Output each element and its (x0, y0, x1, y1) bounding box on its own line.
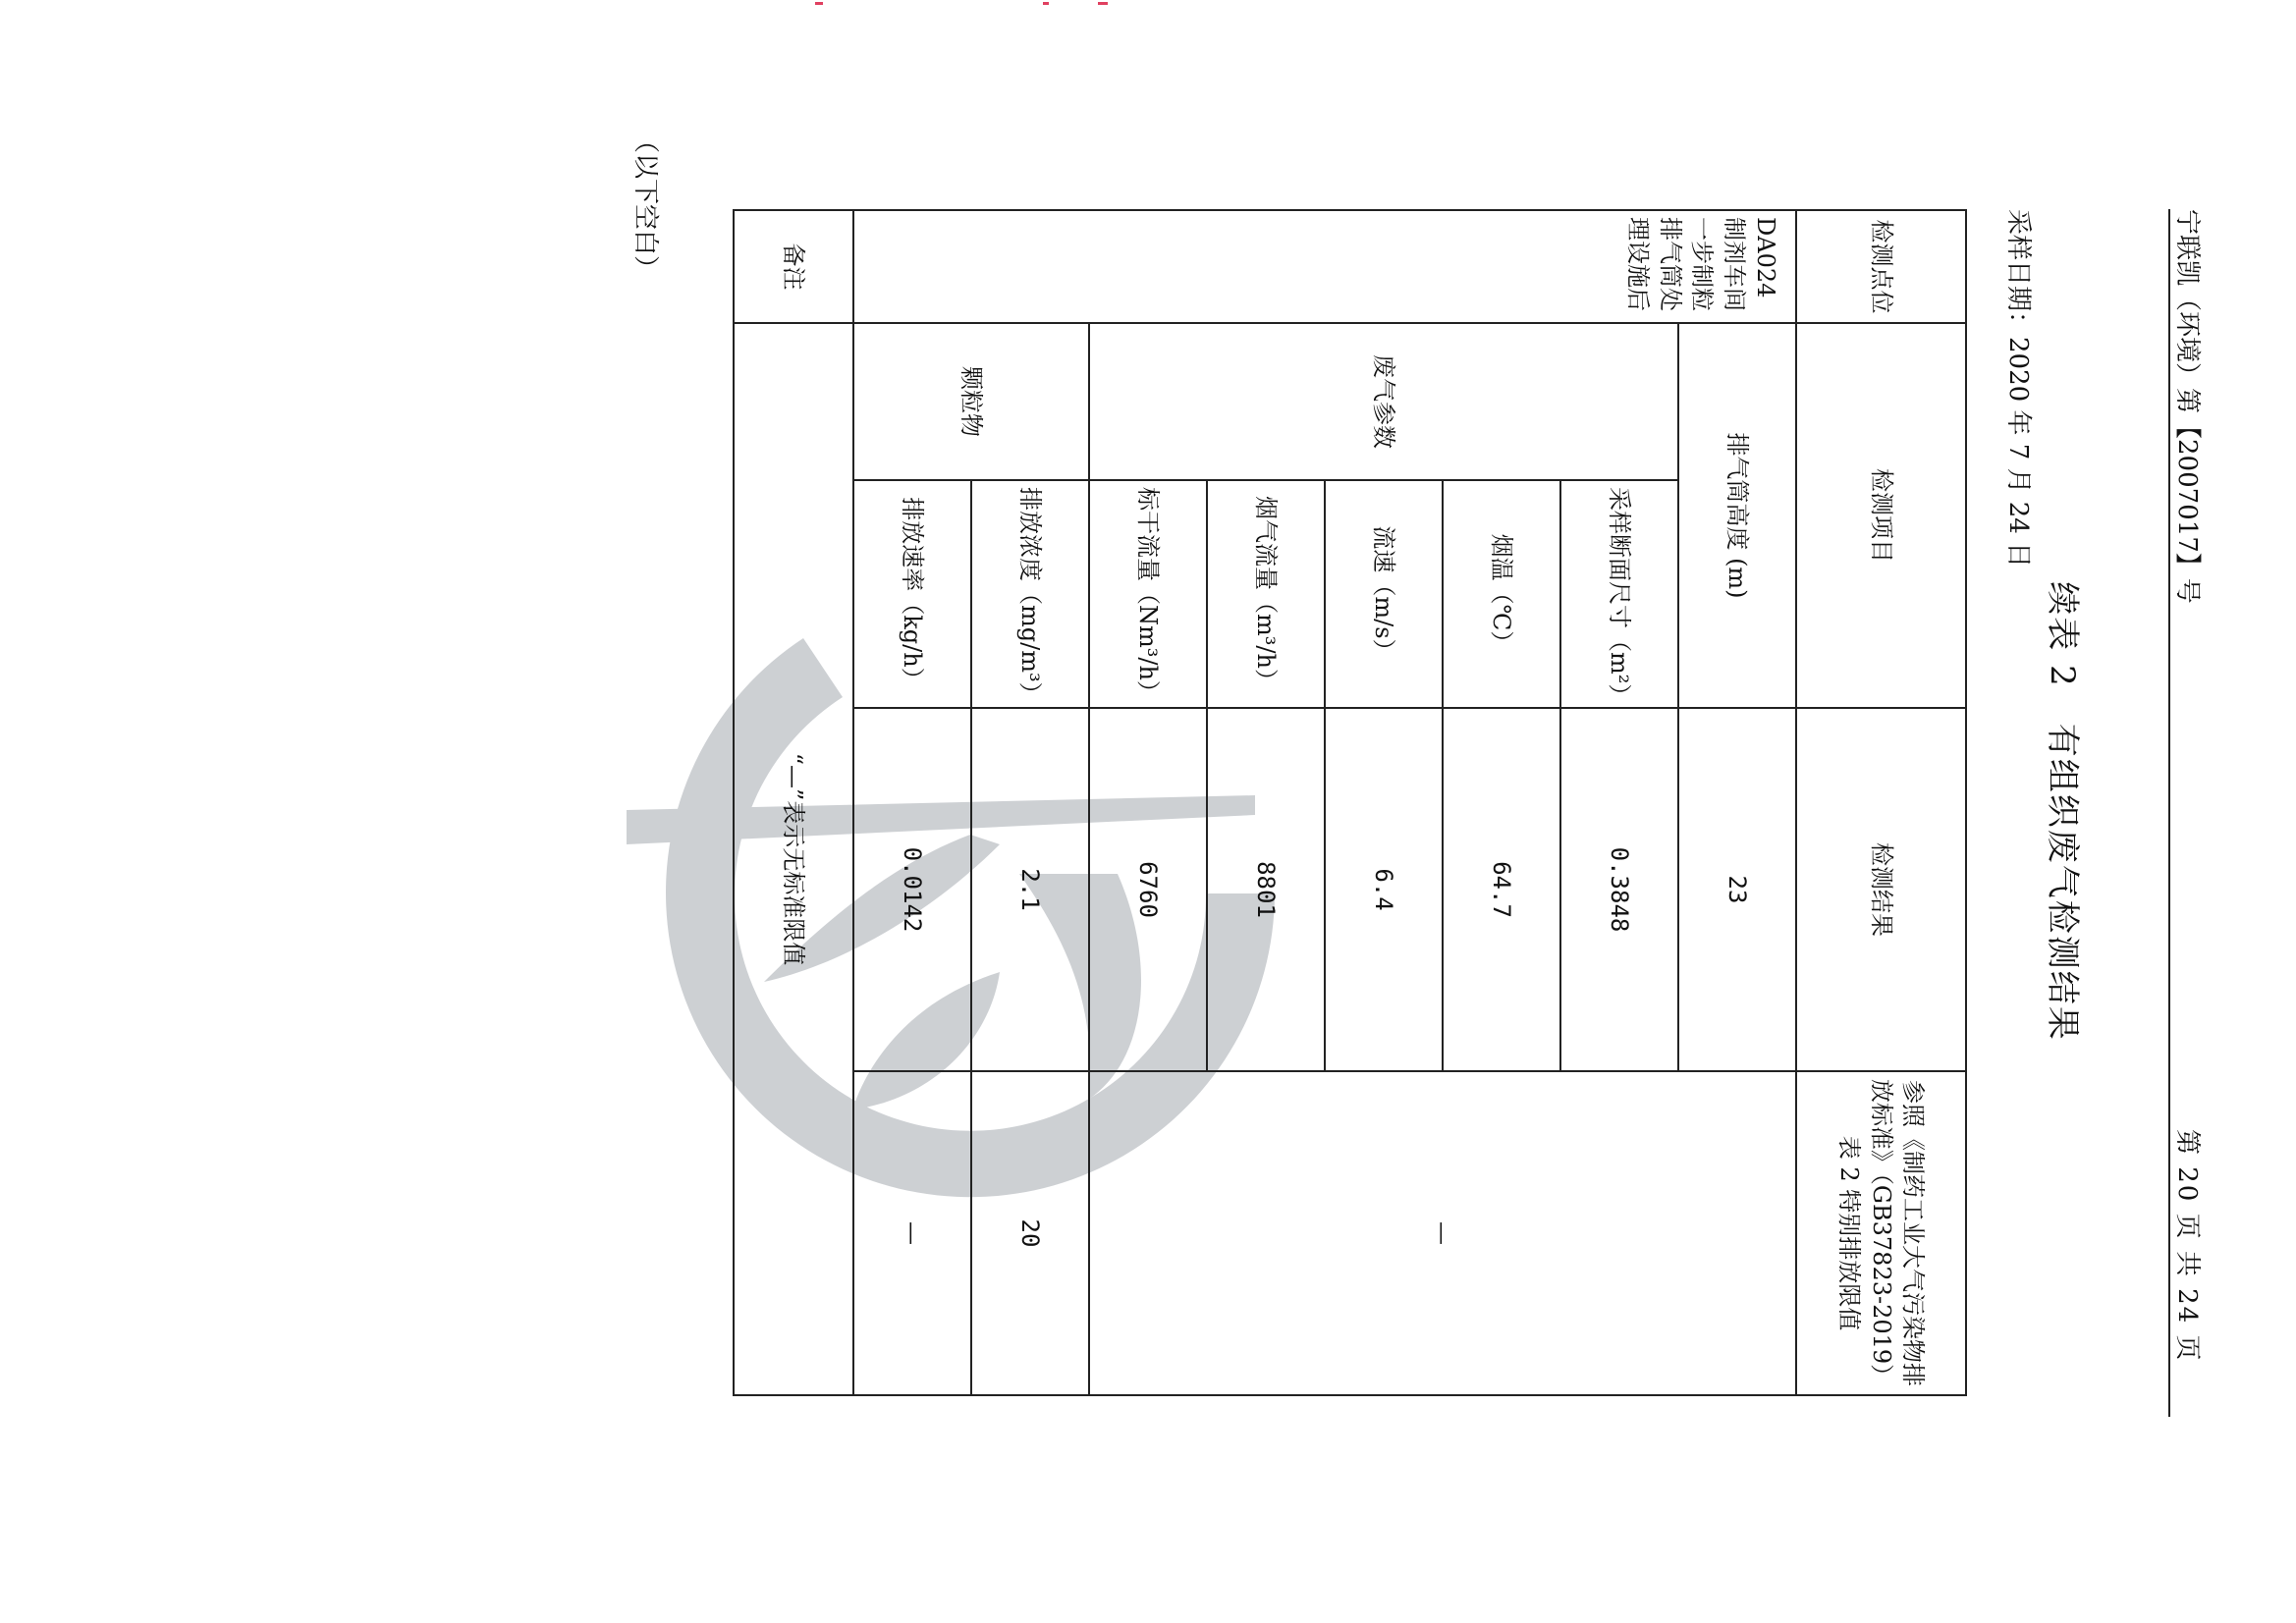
row-result: 8801 (1207, 708, 1325, 1071)
row-result: 6.4 (1325, 708, 1443, 1071)
header-point: 检测点位 (1796, 210, 1966, 323)
row-item: 排放速率（kg/h） (853, 480, 971, 708)
row-item: 排放浓度（mg/m³） (971, 480, 1089, 708)
table-header-row: 检测点位 检测项目 检测结果 参照《制药工业大气污染物排放标准》（GB37823… (1796, 210, 1966, 1395)
remarks-label: 备注 (734, 210, 853, 323)
row-standard: 20 (971, 1071, 1089, 1395)
row-result: 64.7 (1443, 708, 1560, 1071)
row-item: 标干流量（Nm³/h） (1089, 480, 1207, 708)
row-item: 烟温（℃） (1443, 480, 1560, 708)
row-result: 23 (1678, 708, 1796, 1071)
row-standard: — (1089, 1071, 1796, 1395)
row-item: 采样断面尺寸（m²） (1560, 480, 1678, 708)
row-result: 2.1 (971, 708, 1089, 1071)
row-result: 0.3848 (1560, 708, 1678, 1071)
document-page: 宁联凯（环境）第【2007017】号 第 20 页 共 24 页 续表 2 有组… (0, 0, 2296, 1623)
scan-mark (1098, 2, 1108, 5)
table-title: 续表 2 有组织废气检测结果 (2042, 0, 2090, 1623)
row-result: 0.0142 (853, 708, 971, 1071)
table-row: 颗粒物 排放浓度（mg/m³） 2.1 20 (971, 210, 1089, 1395)
sampling-date: 采样日期：2020 年 7 月 24 日 (2002, 209, 2039, 568)
remarks-text: “—”表示无标准限值 (734, 323, 853, 1395)
header-standard: 参照《制药工业大气污染物排放标准》（GB37823-2019）表 2 特别排放限… (1796, 1071, 1966, 1395)
header-result: 检测结果 (1796, 708, 1966, 1071)
header-item: 检测项目 (1796, 323, 1966, 708)
blank-below-note: （以下空白） (629, 128, 666, 281)
scan-mark (815, 2, 823, 5)
table-row: DA024 制剂车间一步制粒排气筒处理设施后 排气筒高度 (m) 23 — (1678, 210, 1796, 1395)
page-indicator: 第 20 页 共 24 页 (2171, 1129, 2208, 1363)
row-item: 排气筒高度 (m) (1678, 323, 1796, 708)
row-result: 6760 (1089, 708, 1207, 1071)
group-exhaust-params: 废气参数 (1089, 323, 1678, 480)
row-standard: — (853, 1071, 971, 1395)
row-item: 流速（m/s） (1325, 480, 1443, 708)
emission-results-table: 检测点位 检测项目 检测结果 参照《制药工业大气污染物排放标准》（GB37823… (733, 209, 1967, 1396)
remarks-row: 备注 “—”表示无标准限值 (734, 210, 853, 1395)
scan-mark (1043, 2, 1049, 5)
header-rule (2168, 209, 2170, 1417)
report-number: 宁联凯（环境）第【2007017】号 (2171, 209, 2208, 604)
sampling-point: DA024 制剂车间一步制粒排气筒处理设施后 (853, 210, 1796, 323)
group-particulate: 颗粒物 (853, 323, 1089, 480)
row-item: 烟气流量（m³/h） (1207, 480, 1325, 708)
